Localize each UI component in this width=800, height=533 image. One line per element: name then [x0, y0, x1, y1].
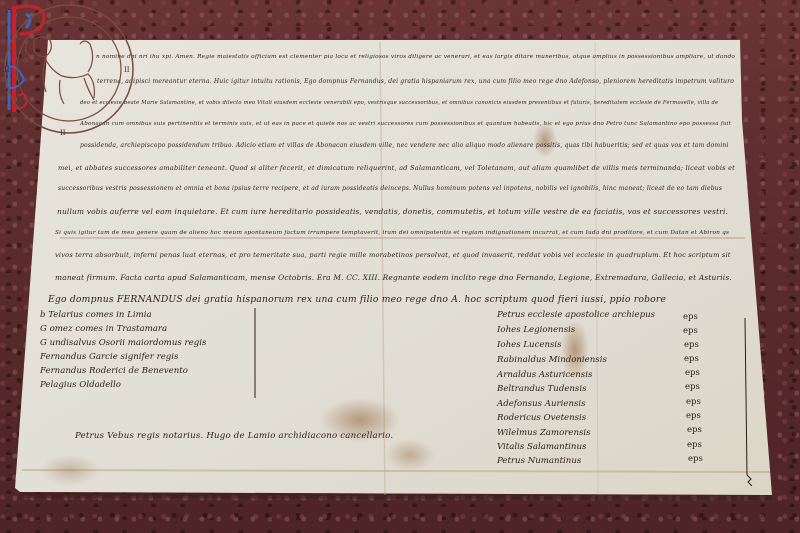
parchment-charter: n nomine dni nri ihu xpi. Amen. Regie ma… [0, 0, 800, 533]
charter-text-line: mei, et abbates successores amabiliter t… [58, 165, 735, 172]
lay-witness: G omez comes in Trastamara [40, 324, 167, 334]
lay-witness: Fernandus Garcie signifer regis [40, 352, 178, 362]
clerical-witness: Adefonsus Auriensis [497, 399, 586, 409]
clerical-witness: Beltrandus Tudensis [497, 384, 587, 394]
lion-icon [25, 37, 94, 104]
lay-witness: b Telarius comes in Limia [40, 310, 152, 320]
charter-text-line: Ego dompnus FERNANDUS dei gratia hispano… [48, 295, 666, 304]
lay-witness: Fernandus Roderici de Benevento [40, 366, 188, 376]
clerical-witness: Iohes Legionensis [497, 325, 575, 335]
royal-seal-rota: IIII IIII [0, 0, 138, 138]
lay-witness: Pelagius Oldadello [40, 380, 121, 390]
eps-mark: eps [684, 340, 699, 350]
charter-text-line: nullum vobis auferre vel eam inquietare.… [57, 208, 728, 215]
charter-text-line: vivos terra absorbuit, inferni penas lua… [55, 252, 731, 259]
eps-mark: eps [684, 354, 699, 364]
charter-text-line: terrena, adipisci mereantur eterna. Huic… [97, 79, 734, 85]
clerical-witness: Rabinaldus Mindoniensis [497, 355, 607, 365]
charter-text-line: Si quis igitur tam de meo genere quam de… [55, 231, 729, 237]
charter-text-line: maneat firmum. Facta carta apud Salamant… [55, 274, 732, 281]
eps-mark: eps [683, 326, 698, 336]
eps-mark: eps [683, 312, 698, 322]
clerical-witness: Vitalis Salamantinus [497, 442, 586, 452]
eps-mark: eps [687, 425, 702, 435]
charter-text-line: Abonacan cum omnibus suis pertinentiis e… [80, 122, 731, 128]
charter-text-line: deo et ecclesie beate Marie Salamantine,… [80, 101, 718, 106]
svg-text:II: II [4, 66, 10, 74]
clerical-witness: Petrus Numantinus [497, 456, 581, 466]
eps-mark: eps [686, 397, 701, 407]
clerical-witness: Wilelmus Zamorensis [497, 428, 591, 438]
eps-mark: eps [685, 382, 700, 392]
clerical-witness: Iohes Lucensis [497, 340, 562, 350]
svg-text:II: II [60, 129, 66, 137]
eps-mark: eps [685, 368, 700, 378]
eps-mark: eps [688, 454, 703, 464]
notary-line: Petrus Vebus regis notarius. Hugo de Lam… [75, 432, 393, 441]
lay-witness: G undisalvus Osorii maiordomus regis [40, 338, 206, 348]
eps-mark: eps [686, 411, 701, 421]
svg-text:II: II [124, 66, 130, 74]
eps-mark: eps [687, 440, 702, 450]
charter-text-line: n nomine dni nri ihu xpi. Amen. Regie ma… [96, 55, 735, 61]
clerical-witness: Rodericus Ovetensis [497, 413, 586, 423]
clerical-witness: Arnaldus Asturicensis [497, 370, 592, 380]
svg-text:II: II [60, 6, 66, 14]
charter-text-line: possidenda, archiepiscopo possidendum tr… [80, 143, 729, 149]
charter-text-line: successoribus vestris possessionem et om… [58, 186, 722, 192]
clerical-witness: Petrus ecclesie apostolice archiepus [497, 310, 655, 320]
